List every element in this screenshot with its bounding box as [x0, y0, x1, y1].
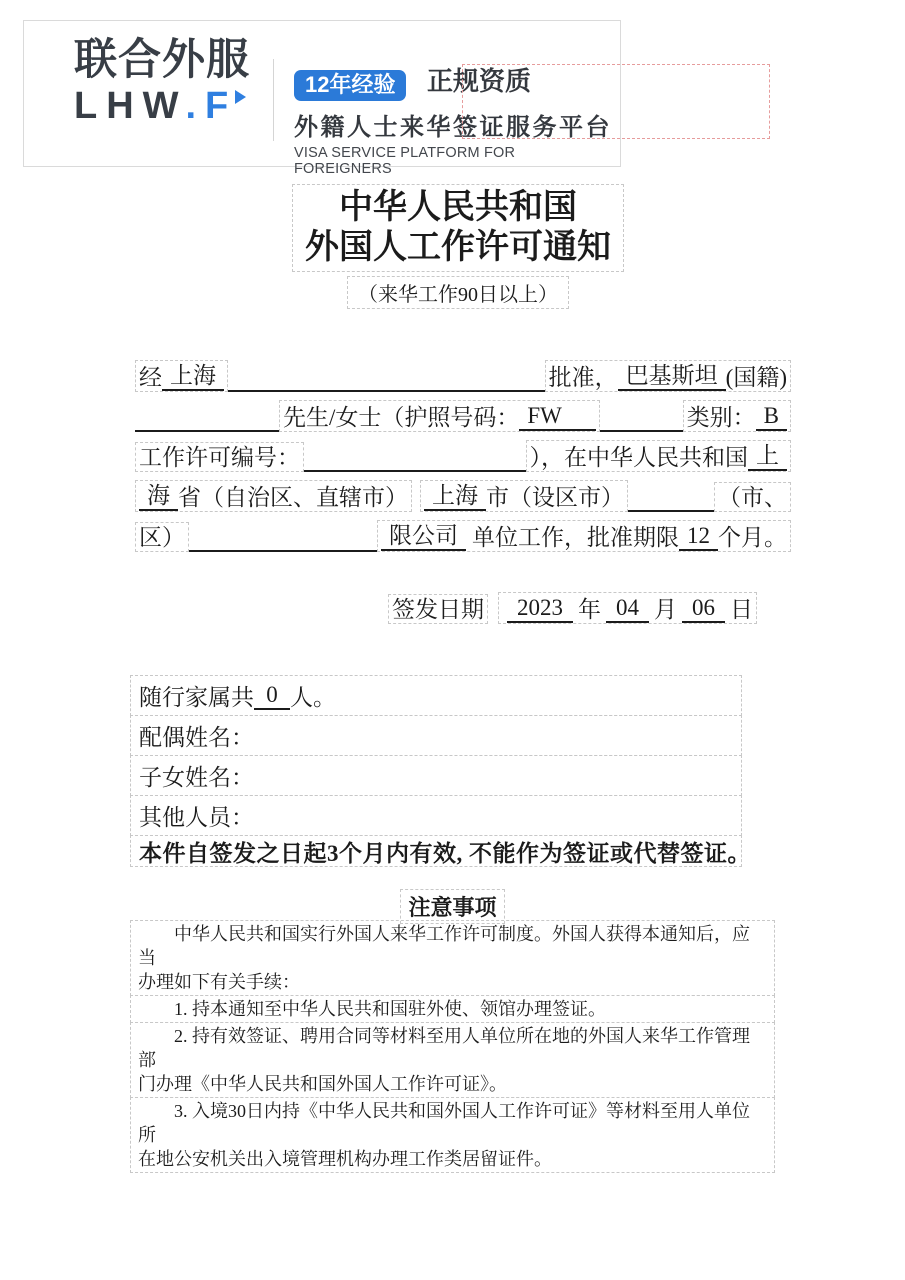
province-value-part1: 上 [748, 443, 787, 471]
label-year: 年 [578, 597, 601, 623]
category-value: B [756, 403, 787, 431]
notes-title: 注意事项 [400, 889, 504, 924]
issue-date-label: 签发日期 [392, 597, 484, 623]
title-section: 中华人民共和国 外国人工作许可通知 [130, 184, 786, 272]
label-district-open: （市、 [718, 485, 787, 511]
nationality-value: 巴基斯坦 [618, 363, 726, 391]
brand-arrow-f-icon: F [205, 87, 237, 125]
qualification-label: 正规资质 [427, 66, 531, 96]
province-group: 海省（自治区、直辖市） [135, 480, 412, 512]
notes-intro-line-2: 办理如下有关手续： [138, 970, 767, 994]
label-months-unit: 个月。 [718, 525, 787, 551]
label-in-china: ），在中华人民共和国 [530, 445, 749, 471]
label-province: 省（自治区、直辖市） [178, 485, 408, 511]
label-jing: 经 [139, 365, 162, 391]
issue-date-label-group: 签发日期 [388, 594, 488, 624]
label-month: 月 [654, 597, 677, 623]
district-close-group: 区） [135, 522, 189, 552]
document-subtitle: （来华工作90日以上） [347, 276, 569, 309]
blank-underline [600, 424, 683, 432]
title-line-1: 中华人民共和国 [305, 188, 611, 228]
body-line-2: 先生/女士（护照号码：FW 类别：B [135, 392, 791, 432]
approver-value: 上海 [162, 363, 224, 391]
permit-body: 经上海 批准，巴基斯坦(国籍) 先生/女士（护照号码：FW 类别：B 工作许可编… [135, 352, 791, 552]
name-blank-underline [135, 424, 279, 432]
spouse-name-row: 配偶姓名： [130, 715, 742, 756]
in-china-group: ），在中华人民共和国上 [526, 440, 792, 472]
accompanying-family-row: 随行家属共 0 人。 [130, 675, 742, 716]
issue-year-value: 2023 [507, 595, 573, 623]
label-city: 市（设区市） [486, 485, 624, 511]
notes-item-1: 1. 持本通知至中华人民共和国驻外使、领馆办理签证。 [130, 995, 775, 1023]
notes-item-3: 3. 入境30日内持《中华人民共和国外国人工作许可证》等材料至用人单位所 在地公… [130, 1097, 775, 1173]
label-district-close: 区） [139, 525, 185, 551]
notes-title-section: 注意事项 [130, 889, 775, 924]
issue-month-value: 04 [606, 595, 649, 623]
experience-badge: 12年经验 [294, 70, 406, 101]
notes-item-2: 2. 持有效签证、聘用合同等材料至用人单位所在地的外国人来华工作管理部 门办理《… [130, 1022, 775, 1098]
tagline-english: VISA SERVICE PLATFORM FOR FOREIGNERS [294, 145, 614, 177]
label-permit-number: 工作许可编号： [139, 445, 300, 471]
label-work-duration: 单位工作，批准期限 [472, 525, 679, 551]
document-title: 中华人民共和国 外国人工作许可通知 [292, 184, 624, 272]
passport-group: 先生/女士（护照号码：FW [279, 400, 600, 432]
body-line-4: 海省（自治区、直辖市） 上海市（设区市） （市、 [135, 472, 791, 512]
divider [273, 59, 274, 141]
brand-letters: LHW [74, 85, 185, 127]
brand-name-chinese: 联合外服 [74, 39, 250, 82]
notes-item-3-line-1: 3. 入境30日内持《中华人民共和国外国人工作许可证》等材料至用人单位所 [138, 1099, 767, 1147]
work-permit-notice-document: 联合外服 LHW.F 12年经验 正规资质 外籍人士来华签证服务平台 VISA … [0, 0, 905, 1280]
issue-day-value: 06 [682, 595, 725, 623]
nationality-group: 批准，巴基斯坦(国籍) [545, 360, 791, 392]
employer-group: 限公司单位工作，批准期限12个月。 [377, 520, 791, 552]
label-category: 类别： [687, 405, 756, 431]
city-group: 上海市（设区市） [420, 480, 628, 512]
approver-group: 经上海 [135, 360, 228, 392]
brand-dot: . [185, 85, 205, 127]
brand-header: 联合外服 LHW.F 12年经验 正规资质 外籍人士来华签证服务平台 VISA … [23, 20, 621, 167]
notes-item-3-line-2: 在地公安机关出入境管理机构办理工作类居留证件。 [138, 1147, 767, 1171]
label-approved: 批准， [549, 365, 618, 391]
title-line-2: 外国人工作许可通知 [305, 228, 611, 268]
permit-number-blank [304, 464, 526, 472]
family-section: 随行家属共 0 人。 配偶姓名： 子女姓名： 其他人员： 本件自签发之日起3个月… [130, 675, 742, 867]
notes-intro: 中华人民共和国实行外国人来华工作许可制度。外国人获得本通知后，应当 办理如下有关… [130, 920, 775, 996]
city-value: 上海 [424, 483, 486, 511]
notes-item-1-line-1: 1. 持本通知至中华人民共和国驻外使、领馆办理签证。 [138, 997, 767, 1021]
body-line-5: 区） 限公司单位工作，批准期限12个月。 [135, 512, 791, 552]
other-persons-row: 其他人员： [130, 795, 742, 836]
permit-number-label-group: 工作许可编号： [135, 442, 304, 472]
label-other-persons: 其他人员： [139, 799, 254, 832]
family-count-value: 0 [254, 682, 290, 710]
notes-section: 中华人民共和国实行外国人来华工作许可制度。外国人获得本通知后，应当 办理如下有关… [130, 920, 775, 1173]
employer-blank [189, 544, 377, 552]
brand-logo-lhwf: LHW.F [74, 87, 237, 125]
children-name-row: 子女姓名： [130, 755, 742, 796]
label-nationality: (国籍) [726, 365, 787, 391]
district-blank [628, 504, 714, 512]
issue-date-value-group: 2023年04月06日 [498, 592, 757, 624]
label-accompanying: 随行家属共 [139, 679, 254, 712]
subtitle-section: （来华工作90日以上） [130, 276, 786, 309]
label-day: 日 [730, 597, 753, 623]
label-salutation: 先生/女士（护照号码： [283, 405, 519, 431]
district-open-group: （市、 [714, 482, 791, 512]
notes-item-2-line-1: 2. 持有效签证、聘用合同等材料至用人单位所在地的外国人来华工作管理部 [138, 1024, 767, 1072]
passport-number-value: FW [519, 403, 596, 431]
tagline-chinese: 外籍人士来华签证服务平台 [294, 107, 614, 142]
body-line-1: 经上海 批准，巴基斯坦(国籍) [135, 352, 791, 392]
validity-statement-row: 本件自签发之日起3个月内有效, 不能作为签证或代替签证。 [130, 835, 742, 867]
blank-underline [228, 384, 545, 392]
issue-date-row: 签发日期 2023年04月06日 [388, 588, 757, 624]
brand-taglines: 12年经验 正规资质 外籍人士来华签证服务平台 VISA SERVICE PLA… [294, 61, 614, 177]
notes-intro-line-1: 中华人民共和国实行外国人来华工作许可制度。外国人获得本通知后，应当 [138, 922, 767, 970]
label-spouse-name: 配偶姓名： [139, 719, 254, 752]
duration-months-value: 12 [679, 523, 718, 551]
notes-item-2-line-2: 门办理《中华人民共和国外国人工作许可证》。 [138, 1072, 767, 1096]
employer-name-tail: 限公司 [381, 523, 466, 551]
label-children-name: 子女姓名： [139, 759, 254, 792]
category-group: 类别：B [683, 400, 791, 432]
province-value-part2: 海 [139, 483, 178, 511]
label-persons: 人。 [290, 679, 336, 712]
badge-row: 12年经验 正规资质 [294, 61, 614, 101]
validity-statement: 本件自签发之日起3个月内有效, 不能作为签证或代替签证。 [139, 835, 751, 868]
body-line-3: 工作许可编号： ），在中华人民共和国上 [135, 432, 791, 472]
